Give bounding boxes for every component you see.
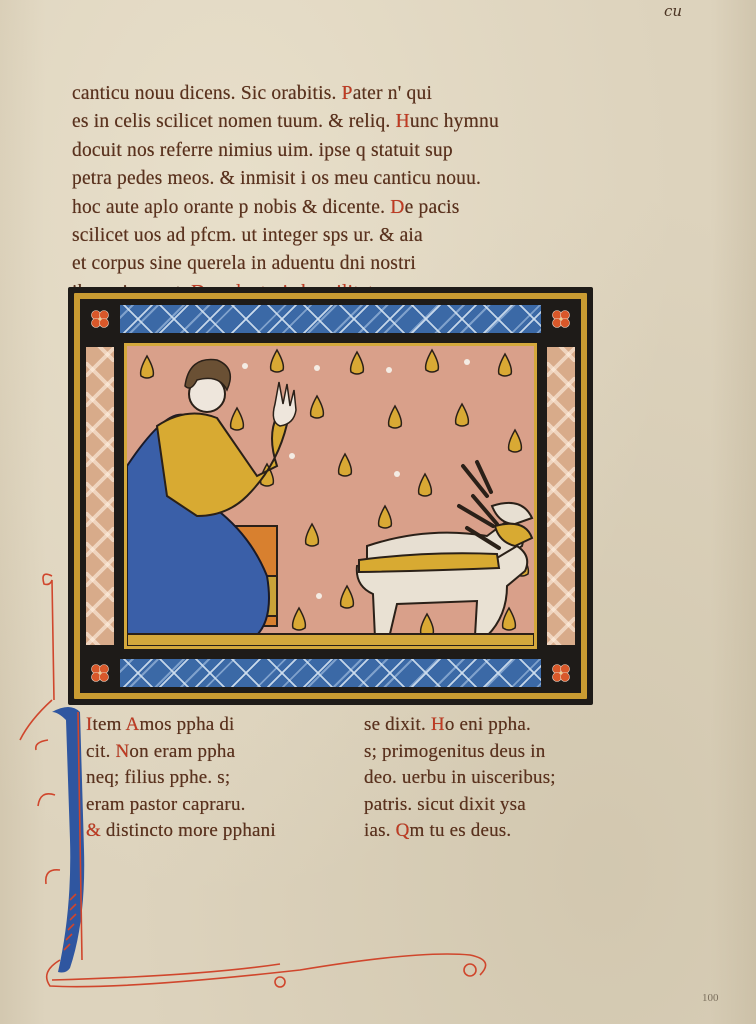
upper-text-line: es in celis scilicet nomen tuum. & reliq… [72, 108, 617, 136]
rubric-text: P [342, 83, 353, 104]
right-column-line: se dixit. Ho eni ppha. [364, 712, 614, 739]
upper-text-line: docuit nos referre nimius uim. ipse q st… [72, 137, 617, 165]
text-span: o eni ppha. [445, 714, 531, 735]
text-span: hoc aute aplo orante p nobis & dicente. [72, 197, 390, 218]
text-span: es in celis scilicet nomen tuum. & reliq… [72, 111, 396, 132]
text-span: m tu es deus. [410, 820, 512, 841]
upper-text-line: petra pedes meos. & inmisit i os meu can… [72, 165, 617, 193]
rubric-text: H [396, 111, 410, 132]
text-span: unc hymnu [410, 111, 499, 132]
left-column-line: & distincto more pphani [86, 818, 356, 845]
shelfmark-number: 100 [702, 992, 719, 1004]
rubric-text: N [116, 741, 130, 762]
text-span: s; primogenitus deus in [364, 741, 545, 762]
pink-frame-band-left [86, 347, 114, 645]
text-span: patris. sicut dixit ysa [364, 794, 526, 815]
text-span: et corpus sine querela in aduentu dni no… [72, 253, 416, 274]
text-span: canticu nouu dicens. Sic orabitis. [72, 83, 342, 104]
upper-text-line: scilicet uos ad pfcm. ut integer sps ur.… [72, 222, 617, 250]
text-span: on eram ppha [129, 741, 235, 762]
rubric-text: A [126, 714, 140, 735]
right-column-line: patris. sicut dixit ysa [364, 792, 614, 819]
right-column-line: deo. uerbu in uisceribus; [364, 765, 614, 792]
lower-text-left-column: Item Amos ppha dicit. Non eram pphaneq; … [86, 712, 356, 845]
upper-text-line: canticu nouu dicens. Sic orabitis. Pater… [72, 80, 617, 108]
folio-number: cu [664, 2, 682, 20]
text-span: neq; filius pphe. s; [86, 767, 230, 788]
left-column-line: eram pastor capraru. [86, 792, 356, 819]
miniature-scene [124, 343, 537, 649]
upper-text-line: et corpus sine querela in aduentu dni no… [72, 250, 617, 278]
lower-text-right-column: se dixit. Ho eni ppha.s; primogenitus de… [364, 712, 614, 845]
left-column-line: cit. Non eram ppha [86, 739, 356, 766]
text-span: se dixit. [364, 714, 431, 735]
right-column-line: ias. Qm tu es deus. [364, 818, 614, 845]
quatrefoil-corner-icon [86, 659, 114, 687]
text-span: distincto more pphani [101, 820, 276, 841]
text-span: e pacis [405, 197, 460, 218]
rubric-text: Q [396, 820, 410, 841]
blessing-hand [273, 382, 296, 426]
right-column-line: s; primogenitus deus in [364, 739, 614, 766]
text-span: mos ppha di [139, 714, 234, 735]
left-column-line: Item Amos ppha di [86, 712, 356, 739]
text-span: ias. [364, 820, 396, 841]
goats [357, 462, 532, 638]
upper-text-line: hoc aute aplo orante p nobis & dicente. … [72, 194, 617, 222]
rubric-text: H [431, 714, 445, 735]
text-span: cit. [86, 741, 116, 762]
text-span: tem [93, 714, 126, 735]
left-column-line: neq; filius pphe. s; [86, 765, 356, 792]
quatrefoil-corner-icon [547, 305, 575, 333]
miniature-illumination [68, 287, 593, 705]
text-span: scilicet uos ad pfcm. ut integer sps ur.… [72, 225, 423, 246]
quatrefoil-corner-icon [86, 305, 114, 333]
rubric-text: & [86, 820, 101, 841]
text-span: docuit nos referre nimius uim. ipse q st… [72, 140, 453, 161]
text-span: ater n' qui [353, 83, 432, 104]
pink-frame-band-right [547, 347, 575, 645]
rubric-text: D [390, 197, 404, 218]
quatrefoil-corner-icon [547, 659, 575, 687]
text-span: eram pastor capraru. [86, 794, 246, 815]
blue-frame-band-bottom [120, 659, 541, 687]
text-span: deo. uerbu in uisceribus; [364, 767, 556, 788]
upper-text-block: canticu nouu dicens. Sic orabitis. Pater… [72, 80, 617, 307]
text-span: petra pedes meos. & inmisit i os meu can… [72, 168, 481, 189]
blue-frame-band-top [120, 305, 541, 333]
